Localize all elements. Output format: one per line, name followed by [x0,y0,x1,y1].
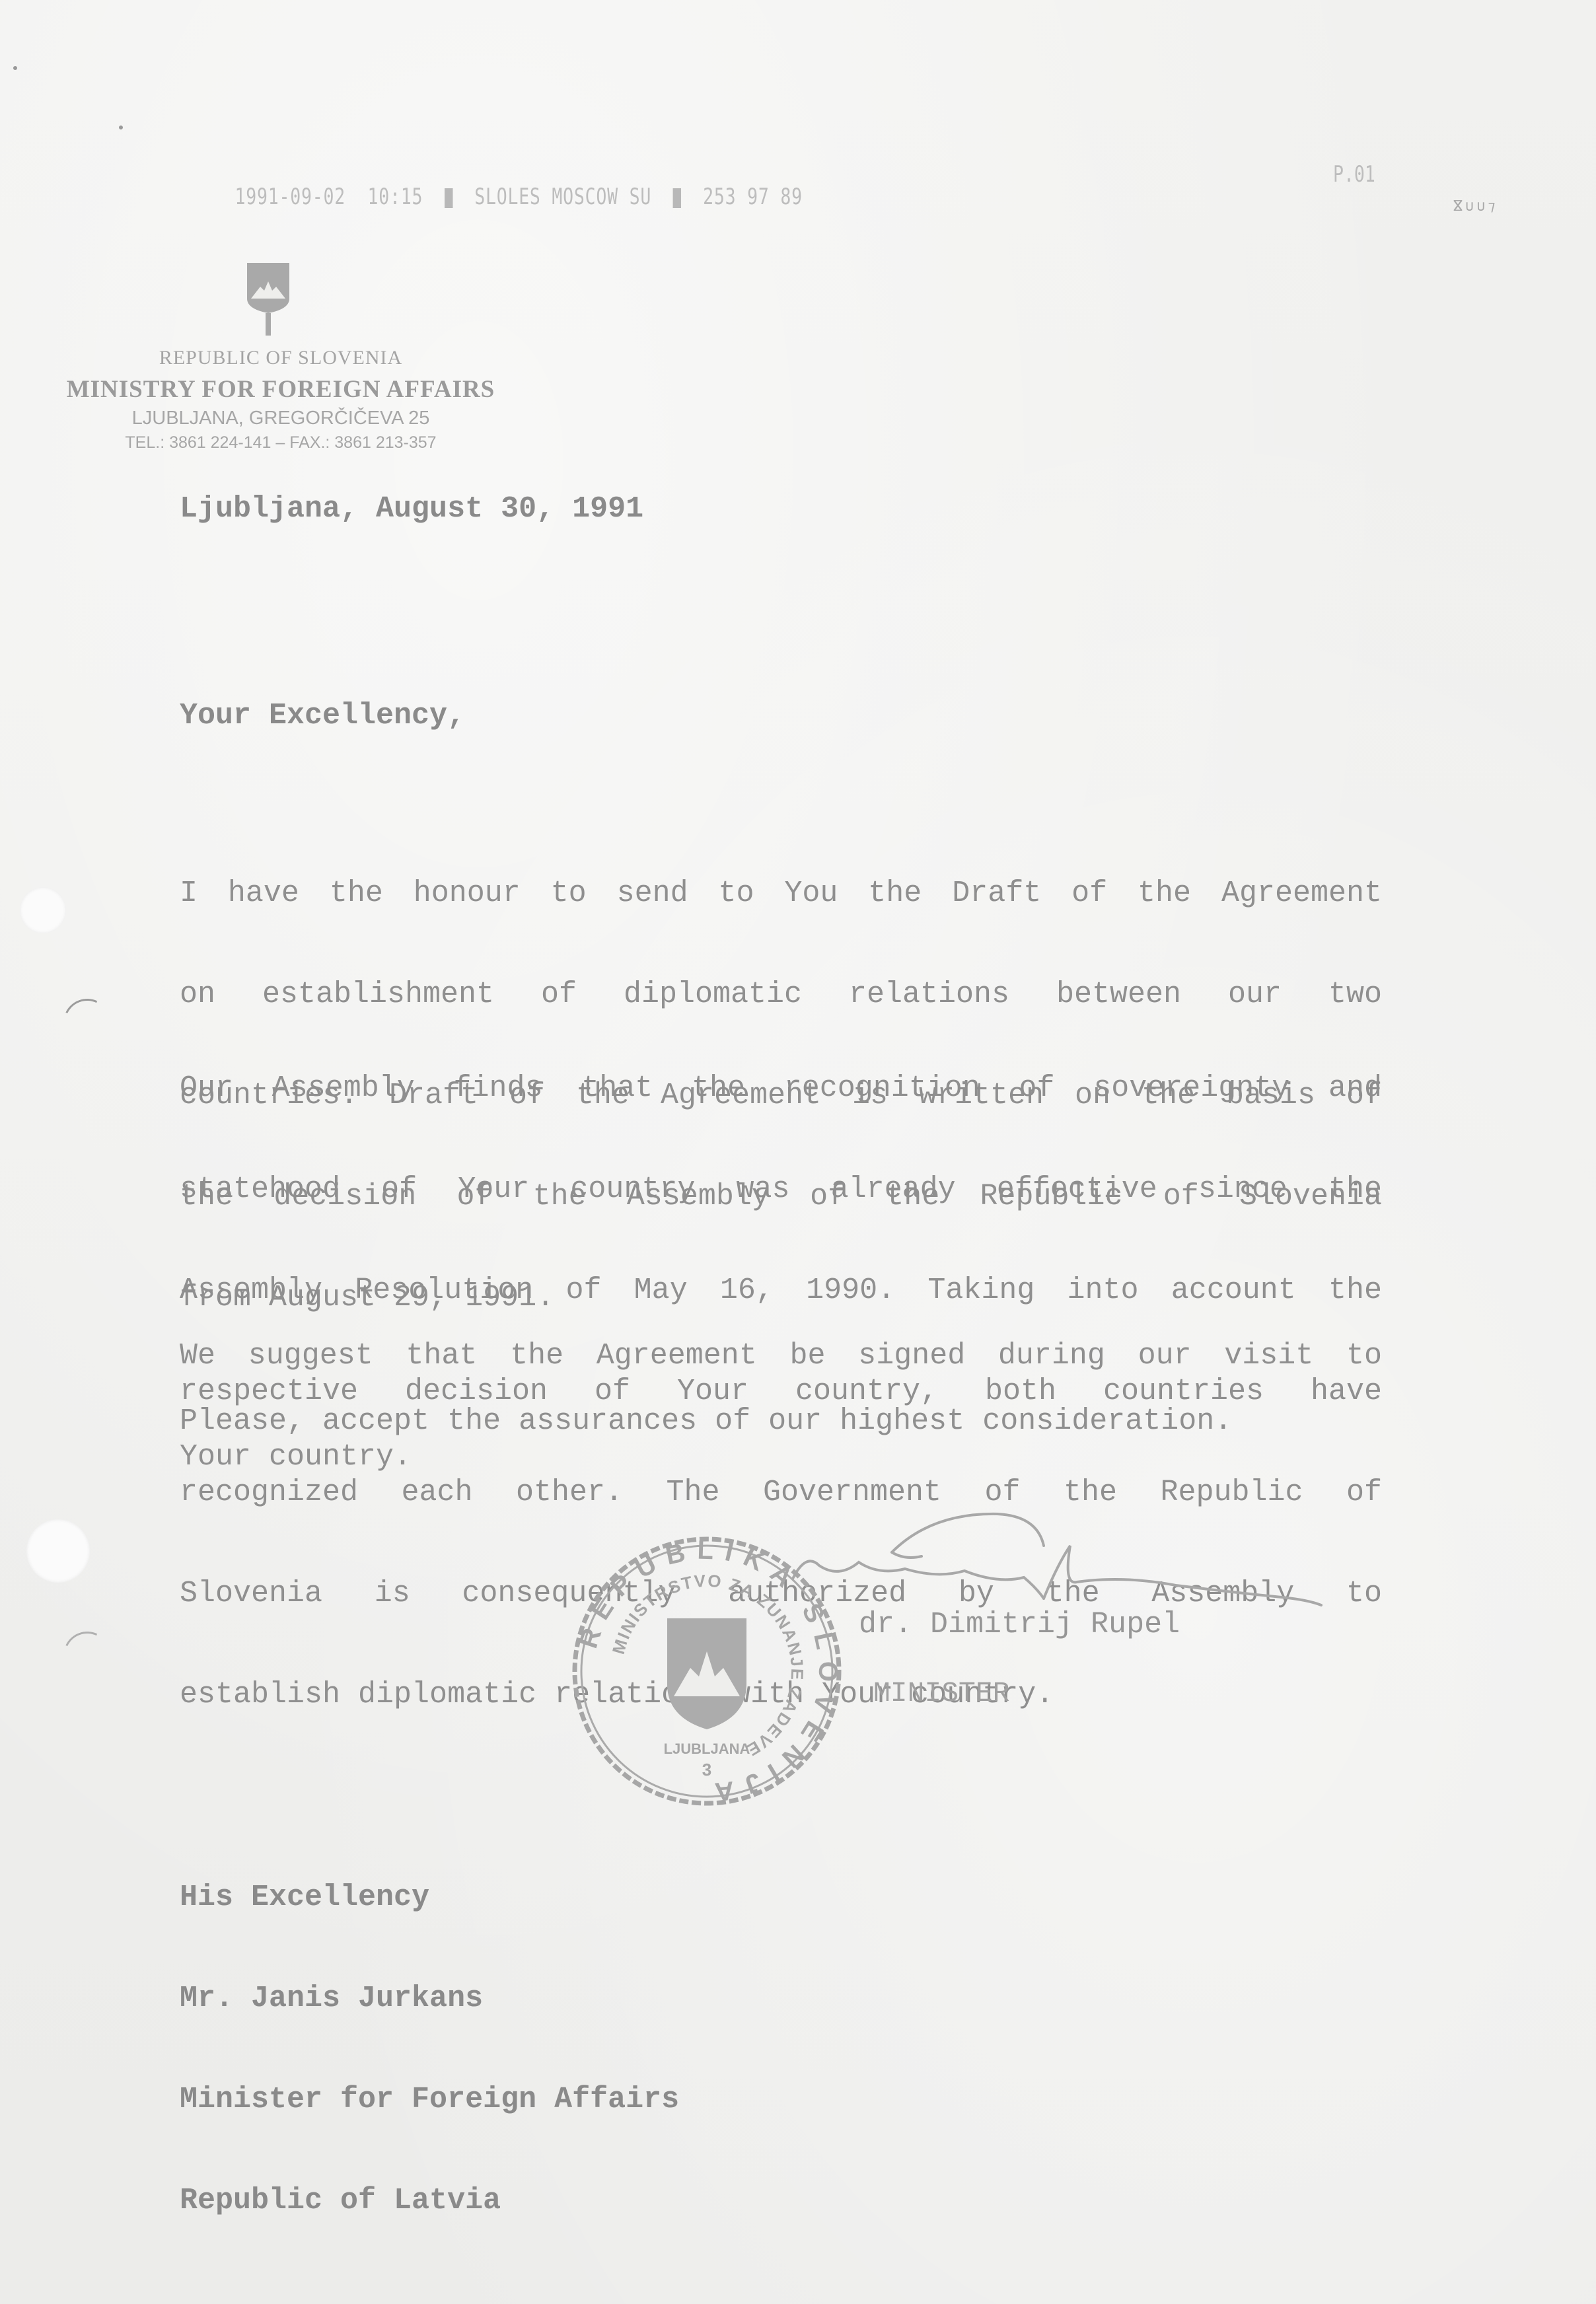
letterhead-ministry: MINISTRY FOR FOREIGN AFFAIRS [0,375,562,404]
recipient-address: His Excellency Mr. Janis Jurkans Ministe… [180,1813,679,2251]
letterhead-contact: TEL.: 3861 224-141 – FAX.: 3861 213-357 [0,433,562,452]
paragraph-line: We suggest that the Agreement be signed … [180,1339,1382,1373]
paragraph-line: statehood of Your country was already ef… [180,1172,1382,1206]
signer-title: MINISTER [873,1676,1009,1710]
punch-hole-mark [57,1625,118,1686]
svg-text:3: 3 [702,1760,711,1780]
punch-hole [20,887,66,933]
fax-separator [445,188,453,208]
recipient-line: Minister for Foreign Affairs [180,2083,679,2116]
svg-text:LJUBLJANA: LJUBLJANA [664,1741,750,1757]
paper-speck [119,126,123,129]
place-date: Ljubljana, August 30, 1991 [180,492,643,526]
corner-mark: ⴵ∪∪⁊ [1453,198,1498,215]
recipient-line: Republic of Latvia [180,2184,679,2217]
fax-separator [673,188,681,208]
punch-hole [26,1519,90,1583]
paragraph-line: Our Assembly finds that the recognition … [180,1071,1382,1105]
recipient-line: His Excellency [180,1881,679,1914]
fax-page-number: P.01 [1333,161,1375,188]
paper-speck [13,66,17,70]
handwritten-signature [780,1499,1348,1612]
closing-line: Please, accept the assurances of our hig… [180,1404,1232,1438]
fax-datetime: 1991-09-02 10:15 [235,184,423,210]
paragraph-line: I have the honour to send to You the Dra… [180,877,1382,910]
salutation: Your Excellency, [180,699,465,733]
fax-sender: SLOLES MOSCOW SU [474,184,651,210]
official-seal-icon: REPUBLIKA SLOVENIJA MINISTRSTVO ZA ZUNAN… [568,1532,846,1810]
punch-hole-mark [57,992,118,1053]
paragraph-line: Your country. [180,1440,1382,1474]
letterhead-republic: REPUBLIC OF SLOVENIA [0,347,562,369]
fax-header: 1991-09-02 10:15SLOLES MOSCOW SU253 97 8… [213,157,1140,197]
coat-of-arms-icon [243,258,293,337]
signer-name: dr. Dimitrij Rupel [859,1608,1180,1641]
letterhead-address: LJUBLJANA, GREGORČIČEVA 25 [0,408,562,429]
fax-number: 253 97 89 [703,184,803,210]
recipient-line: Mr. Janis Jurkans [180,1982,679,2015]
paragraph-3: We suggest that the Agreement be signed … [180,1272,1382,1507]
